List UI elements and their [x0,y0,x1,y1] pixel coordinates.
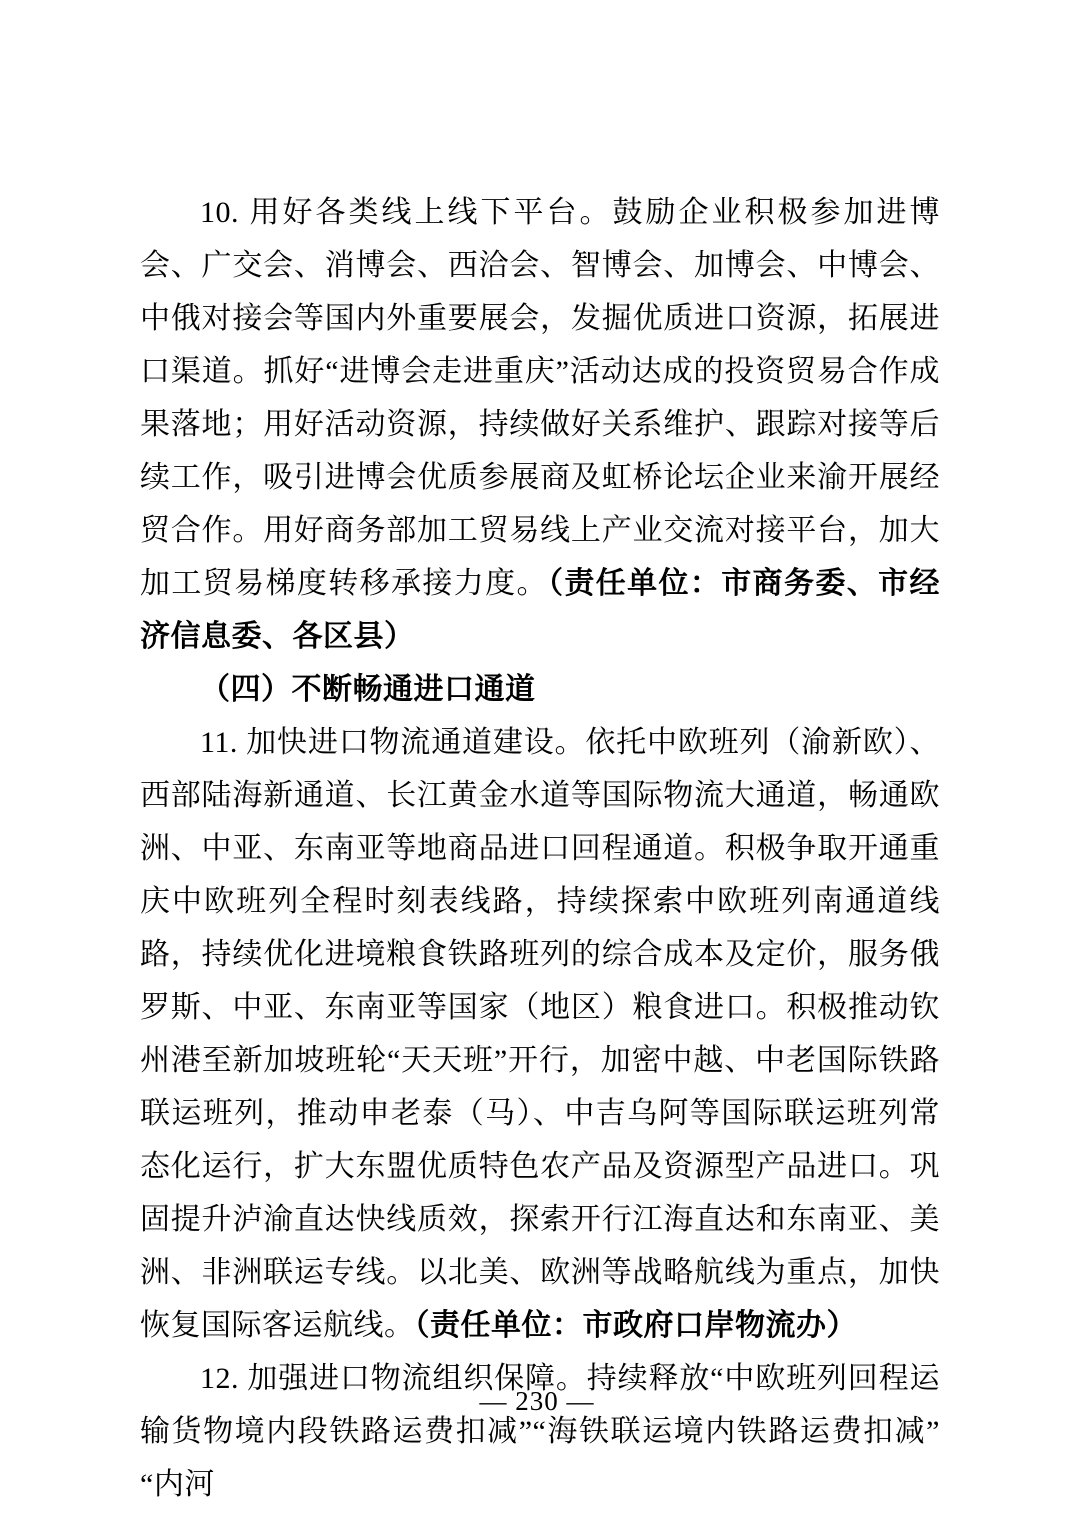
paragraph-text: 10. 用好各类线上线下平台。鼓励企业积极参加进博会、广交会、消博会、西洽会、智… [140,196,940,600]
page-number: — 230 — [480,1386,595,1416]
paragraph-item-10: 10. 用好各类线上线下平台。鼓励企业积极参加进博会、广交会、消博会、西洽会、智… [140,186,940,663]
paragraph-text: 12. 加强进口物流组织保障。持续释放“中欧班列回程运输货物境内段铁路运费扣减”… [140,1362,940,1501]
section-heading-4: （四）不断畅通进口通道 [140,663,940,716]
paragraph-item-12: 12. 加强进口物流组织保障。持续释放“中欧班列回程运输货物境内段铁路运费扣减”… [140,1352,940,1511]
page-footer: — 230 — [0,1384,1074,1418]
responsibility-unit: （责任单位：市政府口岸物流办） [415,1309,858,1342]
document-page: 10. 用好各类线上线下平台。鼓励企业积极参加进博会、广交会、消博会、西洽会、智… [0,0,1074,1520]
paragraph-text: 11. 加快进口物流通道建设。依托中欧班列（渝新欧）、西部陆海新通道、长江黄金水… [140,726,940,1342]
document-body: 10. 用好各类线上线下平台。鼓励企业积极参加进博会、广交会、消博会、西洽会、智… [140,186,940,1511]
paragraph-item-11: 11. 加快进口物流通道建设。依托中欧班列（渝新欧）、西部陆海新通道、长江黄金水… [140,716,940,1352]
